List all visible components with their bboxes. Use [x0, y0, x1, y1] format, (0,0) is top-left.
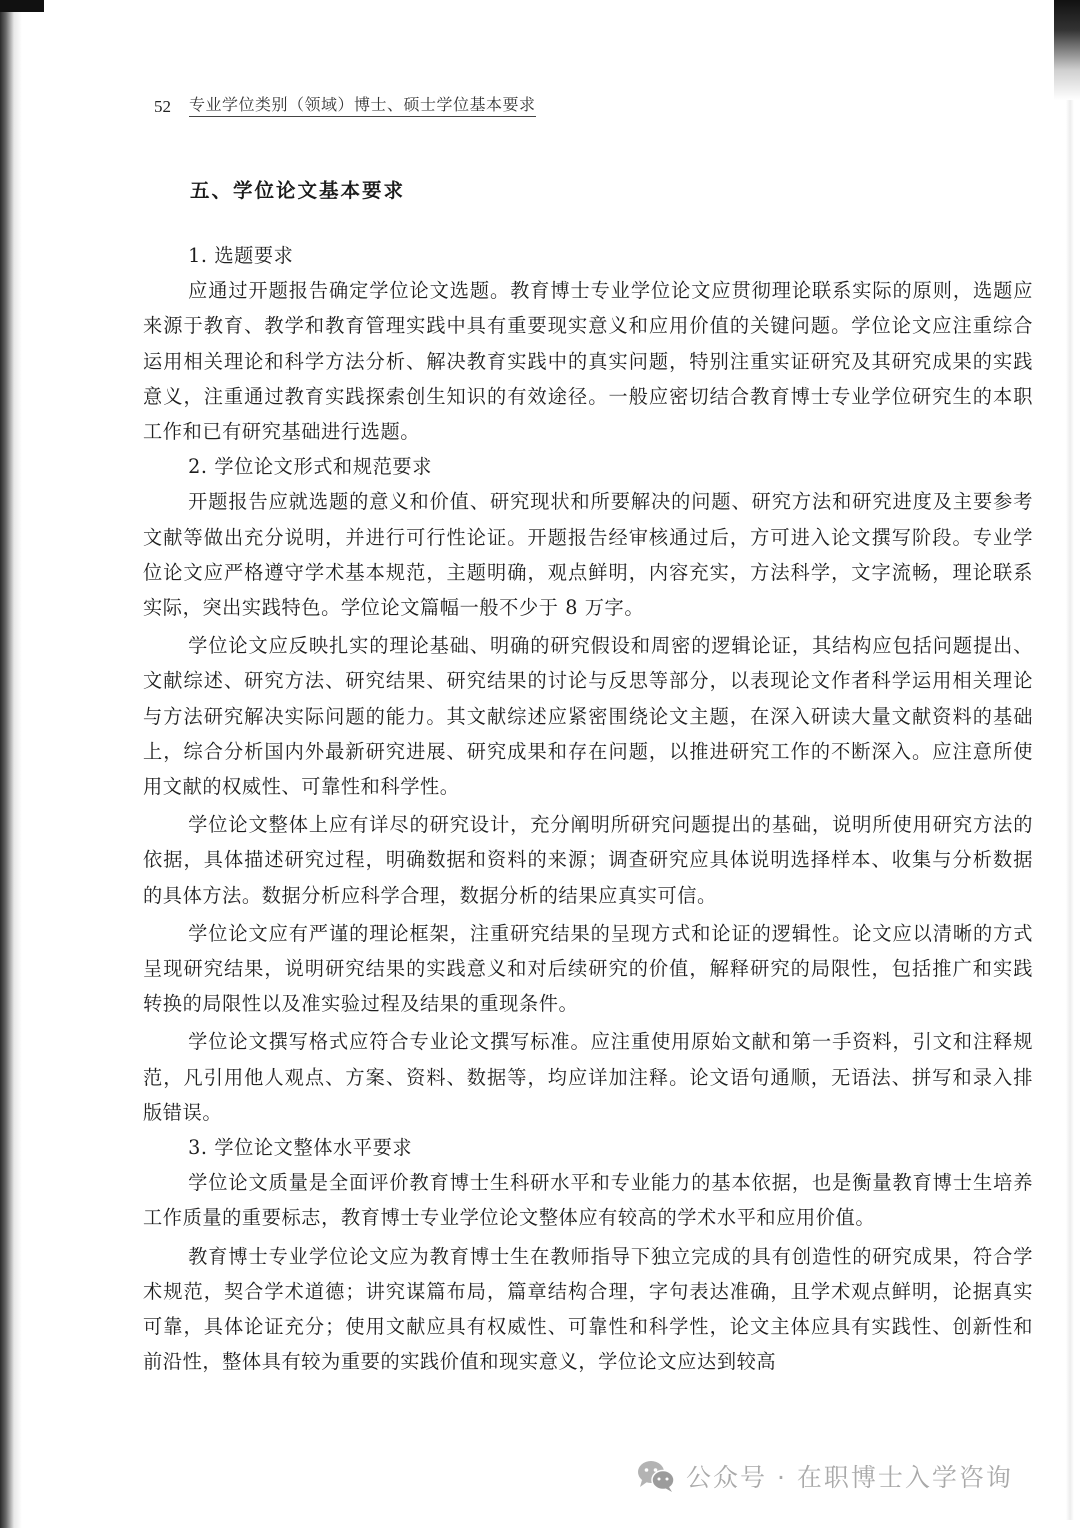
paragraph: 应通过开题报告确定学位论文选题。教育博士专业学位论文应贯彻理论联系实际的原则，选… — [143, 273, 1033, 449]
page-number: 52 — [154, 97, 171, 117]
scan-page-edge — [1066, 100, 1074, 1520]
scan-shadow-right — [1054, 0, 1080, 100]
watermark-text: 公众号 · 在职博士入学咨询 — [686, 1458, 1013, 1494]
paragraph: 学位论文撰写格式应符合专业论文撰写标准。应注重使用原始文献和第一手资料，引文和注… — [143, 1024, 1033, 1130]
scan-shadow-corner — [0, 0, 44, 12]
subheading-topic-selection: 1. 选题要求 — [143, 238, 1033, 273]
paragraph: 学位论文应反映扎实的理论基础、明确的研究假设和周密的逻辑论证，其结构应包括问题提… — [143, 628, 1033, 804]
wechat-icon — [636, 1459, 676, 1493]
paragraph: 教育博士专业学位论文应为教育博士生在教师指导下独立完成的具有创造性的研究成果，符… — [143, 1239, 1033, 1380]
paragraph: 开题报告应就选题的意义和价值、研究现状和所要解决的问题、研究方法和研究进度及主要… — [143, 484, 1033, 625]
paragraph: 学位论文质量是全面评价教育博士生科研水平和专业能力的基本依据，也是衡量教育博士生… — [143, 1165, 1033, 1235]
subheading-overall-level: 3. 学位论文整体水平要求 — [143, 1130, 1033, 1165]
running-title: 专业学位类别（领域）博士、硕士学位基本要求 — [189, 92, 536, 117]
document-body: 1. 选题要求 应通过开题报告确定学位论文选题。教育博士专业学位论文应贯彻理论联… — [143, 238, 1033, 1380]
subheading-form-norms: 2. 学位论文形式和规范要求 — [143, 449, 1033, 484]
section-heading: 五、学位论文基本要求 — [190, 175, 405, 203]
running-header: 52 专业学位类别（领域）博士、硕士学位基本要求 — [154, 92, 536, 117]
paragraph: 学位论文整体上应有详尽的研究设计，充分阐明所研究问题提出的基础，说明所使用研究方… — [143, 807, 1033, 913]
paragraph: 学位论文应有严谨的理论框架，注重研究结果的呈现方式和论证的逻辑性。论文应以清晰的… — [143, 916, 1033, 1022]
scan-shadow-left — [0, 0, 22, 1528]
watermark: 公众号 · 在职博士入学咨询 — [636, 1458, 1013, 1494]
